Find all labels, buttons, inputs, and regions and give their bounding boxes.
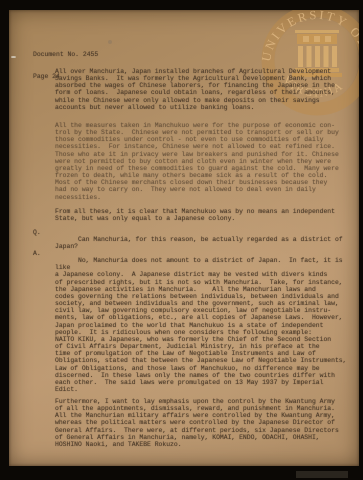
document-photo: UNIVERSITY OF VIRGINIA Docu: [0, 0, 363, 480]
paragraph-economic-control: All the measures taken in Manchukuo were…: [55, 122, 357, 201]
answer-row: A.No, Manchuria does not amount to a dis…: [55, 250, 357, 400]
paragraph-agricultural-banks: All over Manchuria, Japan installed bran…: [55, 68, 357, 111]
photo-speck: [108, 40, 112, 44]
photo-speck: [11, 56, 16, 58]
answer-marker: A.: [33, 250, 41, 257]
document-number: Document No. 2455: [33, 51, 173, 58]
paragraph-kwantung-army: Furthermore, I want to lay emphasis upon…: [55, 398, 357, 448]
paragraph-conclusion-colony: From all these, it is clear that Manchuk…: [55, 208, 357, 222]
question-marker: Q.: [33, 229, 41, 236]
photo-edge-streak: [296, 471, 348, 478]
answer-text: No, Manchuria does not amount to a distr…: [55, 257, 346, 393]
document-page: UNIVERSITY OF VIRGINIA Docu: [9, 10, 359, 466]
question-text: Can Manchuria, for this reason, be actua…: [55, 236, 346, 250]
